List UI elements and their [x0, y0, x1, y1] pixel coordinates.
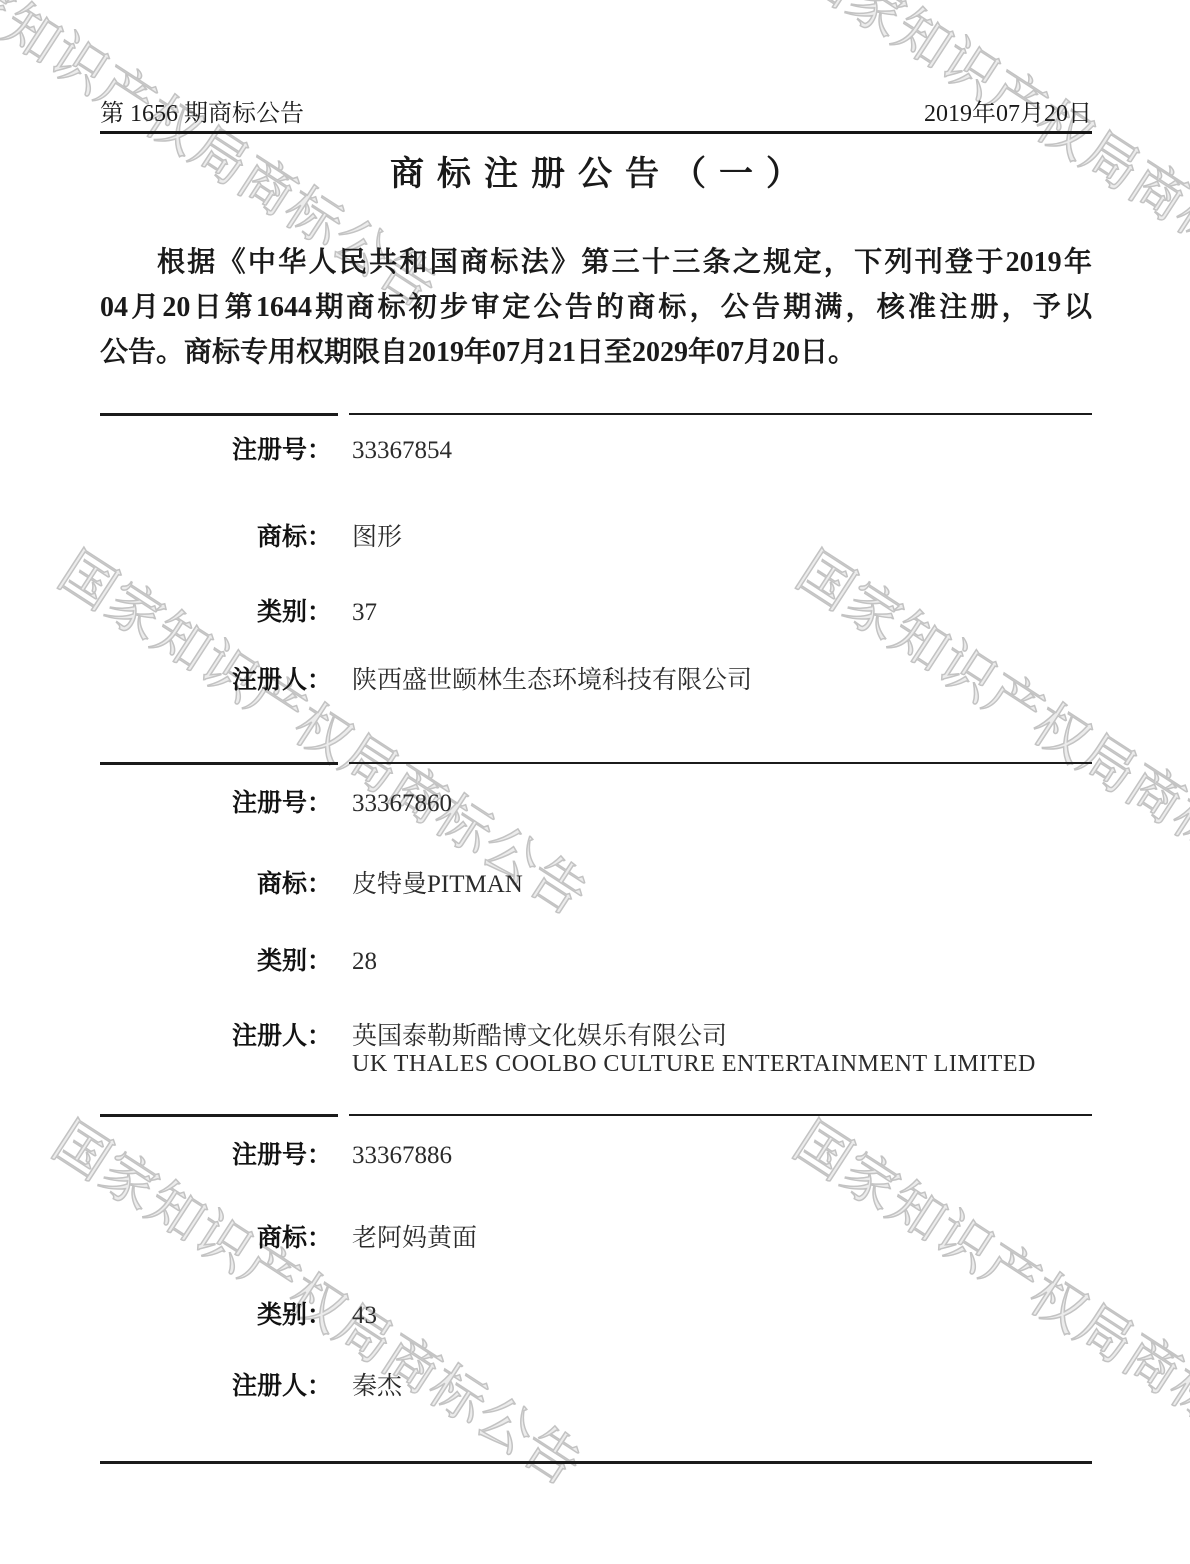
- header-issue-number: 第 1656 期商标公告: [100, 93, 304, 128]
- field-label-registrant: 注册人：: [100, 1016, 332, 1052]
- field-label-reg-no: 注册号：: [100, 783, 332, 819]
- field-registrant: 注册人：英国泰勒斯酷博文化娱乐有限公司: [100, 1016, 1092, 1052]
- field-trademark: 商标：皮特曼PITMAN: [100, 864, 1092, 900]
- field-label-reg-no: 注册号：: [100, 430, 332, 466]
- gazette-page: 国家知识产权局商标公告 国家知识产权局商标公告 国家知识产权局商标公告 国家知识…: [0, 0, 1190, 1564]
- field-value-reg-no: 33367860: [352, 790, 452, 817]
- separator-segment: [100, 1114, 338, 1117]
- field-label-registrant: 注册人：: [100, 1366, 332, 1402]
- field-label-class: 类别：: [100, 592, 332, 628]
- separator-segment: [349, 413, 1092, 415]
- field-value-registrant: 英国泰勒斯酷博文化娱乐有限公司: [352, 1023, 727, 1050]
- field-reg-no: 注册号：33367854: [100, 430, 1092, 466]
- field-value-class: 28: [352, 948, 377, 975]
- field-value-class: 43: [352, 1302, 377, 1329]
- field-trademark: 商标：老阿妈黄面: [100, 1218, 1092, 1254]
- page-title: 商标注册公告（一）: [0, 146, 1190, 195]
- field-value-class: 37: [352, 599, 377, 626]
- field-label-class: 类别：: [100, 1295, 332, 1331]
- field-value-reg-no: 33367854: [352, 437, 452, 464]
- field-label-registrant: 注册人：: [100, 660, 332, 696]
- header-rule: [100, 131, 1092, 134]
- field-reg-no: 注册号：33367860: [100, 783, 1092, 819]
- field-value-trademark: 老阿妈黄面: [352, 1225, 477, 1252]
- intro-paragraph: 根据《中华人民共和国商标法》第三十三条之规定，下列刊登于2019年 04月20日…: [100, 240, 1092, 375]
- record-separator: [100, 413, 1092, 416]
- field-registrant: 注册人：陕西盛世颐林生态环境科技有限公司: [100, 660, 1092, 696]
- bottom-rule: [100, 1461, 1092, 1464]
- field-class: 类别：43: [100, 1295, 1092, 1331]
- field-value-registrant: 陕西盛世颐林生态环境科技有限公司: [352, 667, 752, 694]
- field-label-trademark: 商标：: [100, 1218, 332, 1254]
- field-reg-no: 注册号：33367886: [100, 1135, 1092, 1171]
- document-content: 第 1656 期商标公告 2019年07月20日 商标注册公告（一） 根据《中华…: [0, 0, 1190, 1564]
- intro-line: 根据《中华人民共和国商标法》第三十三条之规定，下列刊登于2019年: [100, 240, 1092, 285]
- field-value-trademark: 皮特曼PITMAN: [352, 871, 523, 898]
- separator-segment: [100, 413, 338, 416]
- field-trademark: 商标：图形: [100, 517, 1092, 553]
- field-label-trademark: 商标：: [100, 517, 332, 553]
- field-label-class: 类别：: [100, 941, 332, 977]
- field-label-trademark: 商标：: [100, 864, 332, 900]
- intro-line: 04月20日第1644期商标初步审定公告的商标，公告期满，核准注册，予以: [100, 285, 1092, 330]
- field-registrant: 注册人：秦杰: [100, 1366, 1092, 1402]
- separator-segment: [349, 1114, 1092, 1116]
- field-value-reg-no: 33367886: [352, 1142, 452, 1169]
- intro-line: 公告。商标专用权期限自2019年07月21日至2029年07月20日。: [100, 330, 1092, 375]
- field-value-trademark: 图形: [352, 524, 402, 551]
- field-label-reg-no: 注册号：: [100, 1135, 332, 1171]
- field-class: 类别：28: [100, 941, 1092, 977]
- separator-segment: [100, 762, 338, 765]
- separator-segment: [349, 762, 1092, 764]
- field-value-registrant: 秦杰: [352, 1373, 402, 1400]
- record-separator: [100, 1114, 1092, 1117]
- record-separator: [100, 762, 1092, 765]
- field-value-registrant-english: UK THALES COOLBO CULTURE ENTERTAINMENT L…: [352, 1051, 1036, 1078]
- header-date: 2019年07月20日: [924, 93, 1092, 128]
- field-class: 类别：37: [100, 592, 1092, 628]
